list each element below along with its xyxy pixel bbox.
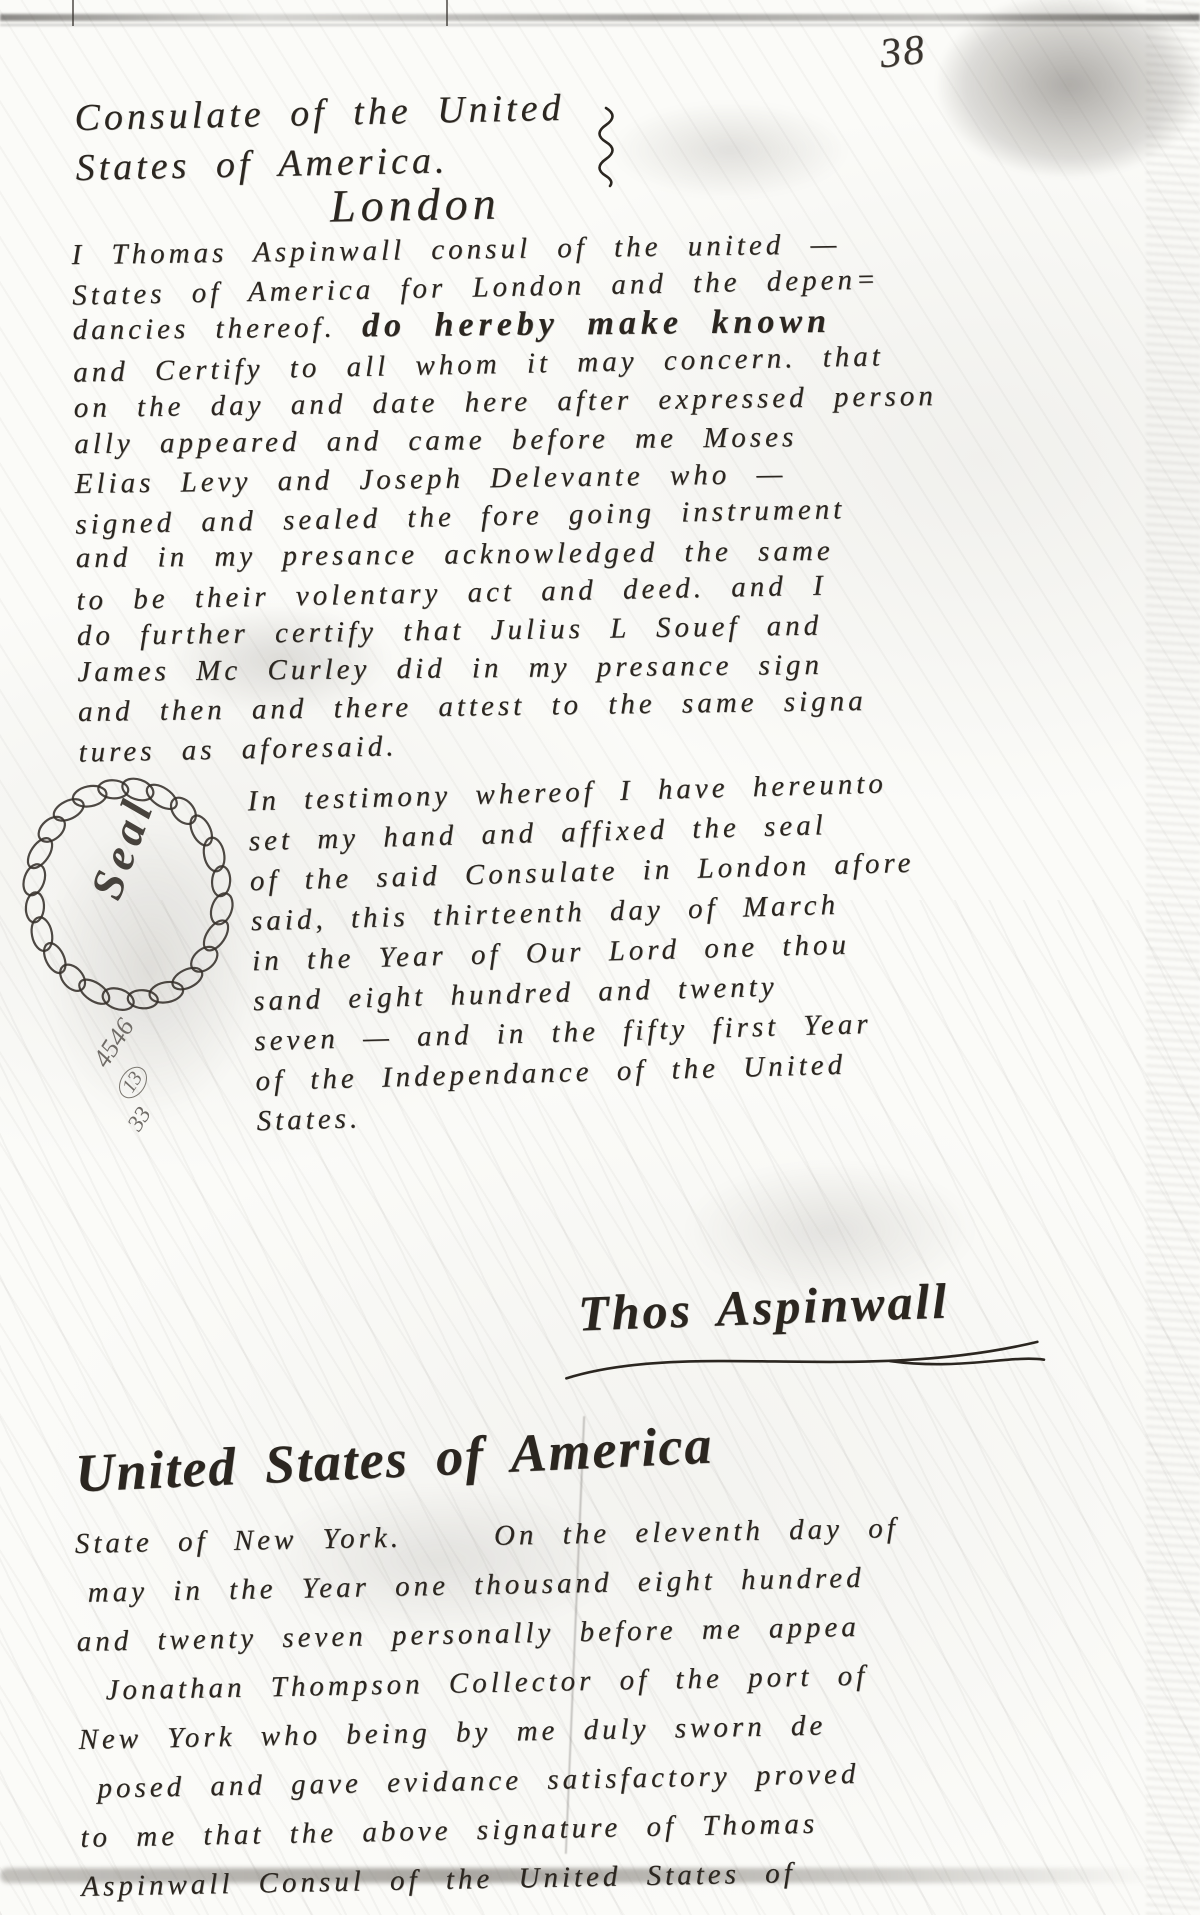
margin-annotation-circled-number: 13 (113, 1061, 152, 1103)
scan-top-edge (0, 14, 1200, 21)
heading-line: Consulate of the United (74, 83, 565, 143)
consul-signature: Thos Aspinwall (577, 1272, 950, 1343)
manuscript-line-fragment: dancies thereof. (72, 312, 335, 347)
new-york-acknowledgement: State of New York.On the eleventh day of… (74, 1504, 906, 1912)
emphasized-phrase: do hereby make known (362, 303, 831, 344)
scan-top-edge-line (0, 24, 1200, 26)
manuscript-page: 38 Consulate of the United States of Ame… (0, 0, 1200, 1915)
consular-seal: Seal (2, 758, 258, 1031)
manuscript-line-fragment: On the eleventh day of (494, 1512, 899, 1552)
page-number: 38 (878, 26, 929, 79)
line-gap (402, 1545, 494, 1547)
scan-tick-mark (446, 0, 448, 26)
scan-tick-mark (72, 0, 74, 26)
section-heading: United States of America (74, 1414, 715, 1505)
testimony-paragraph: In testimony whereof I have hereunto set… (247, 763, 922, 1141)
flourish-squiggle-icon (592, 104, 618, 188)
place-line: London (330, 177, 501, 233)
graphite-smudge-corner (890, 0, 1200, 210)
certificate-body: I Thomas Aspinwall consul of the united … (71, 224, 942, 769)
margin-annotation-number: 33 (122, 1102, 156, 1135)
venue-label: State of New York. (74, 1522, 402, 1560)
signature-flourish-icon (559, 1333, 1050, 1394)
scan-right-edge-speckle (1146, 0, 1200, 1915)
